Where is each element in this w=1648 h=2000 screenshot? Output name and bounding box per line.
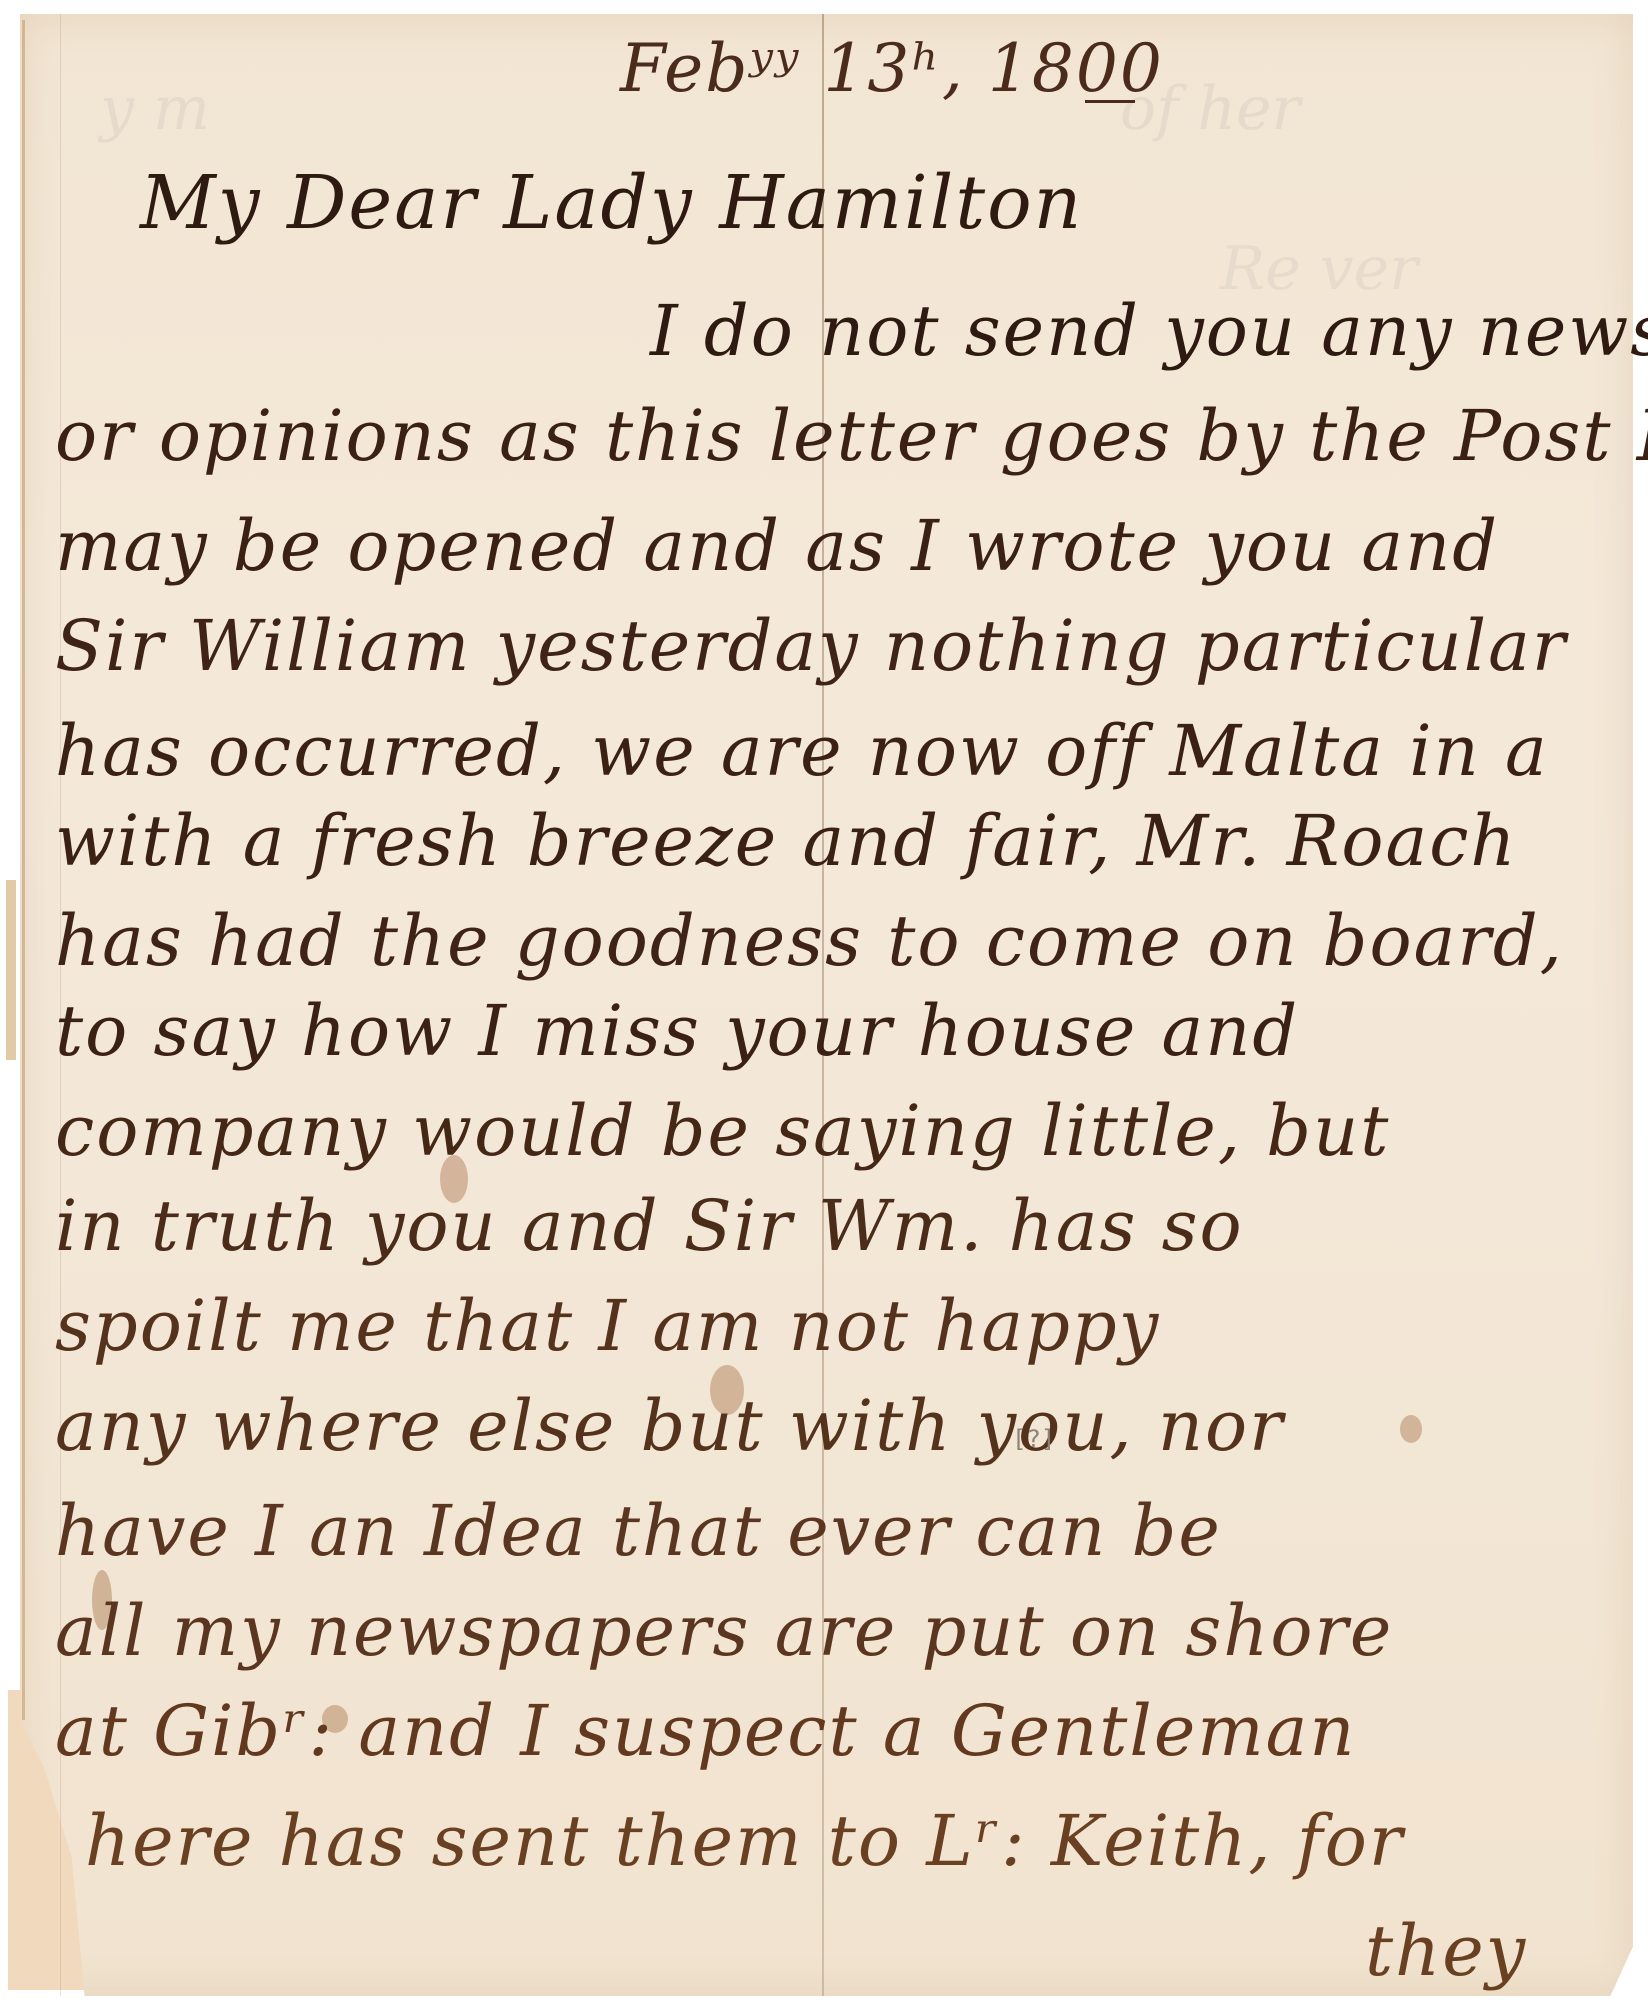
- body-line: spoilt me that I am not happy: [55, 1285, 1160, 1367]
- body-line: has had the goodness to come on board,: [55, 900, 1564, 982]
- catchword: they: [1365, 1910, 1527, 1992]
- body-line: Sir William yesterday nothing particular: [55, 605, 1567, 687]
- body-line: to say how I miss your house and: [55, 990, 1299, 1072]
- body-line: with a fresh breeze and fair, Mr. Roach: [55, 800, 1517, 882]
- body-line: in truth you and Sir Wm. has so: [55, 1185, 1244, 1267]
- body-line: any where else but with you, nor: [55, 1385, 1285, 1467]
- body-line: at Gibʳ: and I suspect a Gentleman: [55, 1690, 1356, 1772]
- body-line: all my newspapers are put on shore: [55, 1590, 1393, 1672]
- salutation: My Dear Lady Hamilton: [140, 160, 1083, 246]
- body-line: may be opened and as I wrote you and: [55, 505, 1499, 587]
- paper-edge-strip: [22, 20, 33, 1720]
- body-line: here has sent them to Lʳ: Keith, for: [85, 1800, 1404, 1882]
- bleed-through-text: y m: [100, 74, 210, 144]
- ink-stain: [1400, 1415, 1422, 1443]
- body-line: I do not send you any news: [650, 290, 1648, 372]
- body-line: company would be saying little, but: [55, 1090, 1390, 1172]
- pencil-editorial-mark: [?]: [1012, 1425, 1055, 1453]
- body-line: have I an Idea that ever can be: [55, 1490, 1222, 1572]
- letter-date: Febʸʸ 13ʰ, 1800: [620, 30, 1164, 107]
- date-underline: [1085, 100, 1135, 103]
- hinge-tab: [6, 880, 16, 1060]
- body-line: has occurred, we are now off Malta in a: [55, 710, 1549, 792]
- body-line: or opinions as this letter goes by the P…: [55, 395, 1648, 477]
